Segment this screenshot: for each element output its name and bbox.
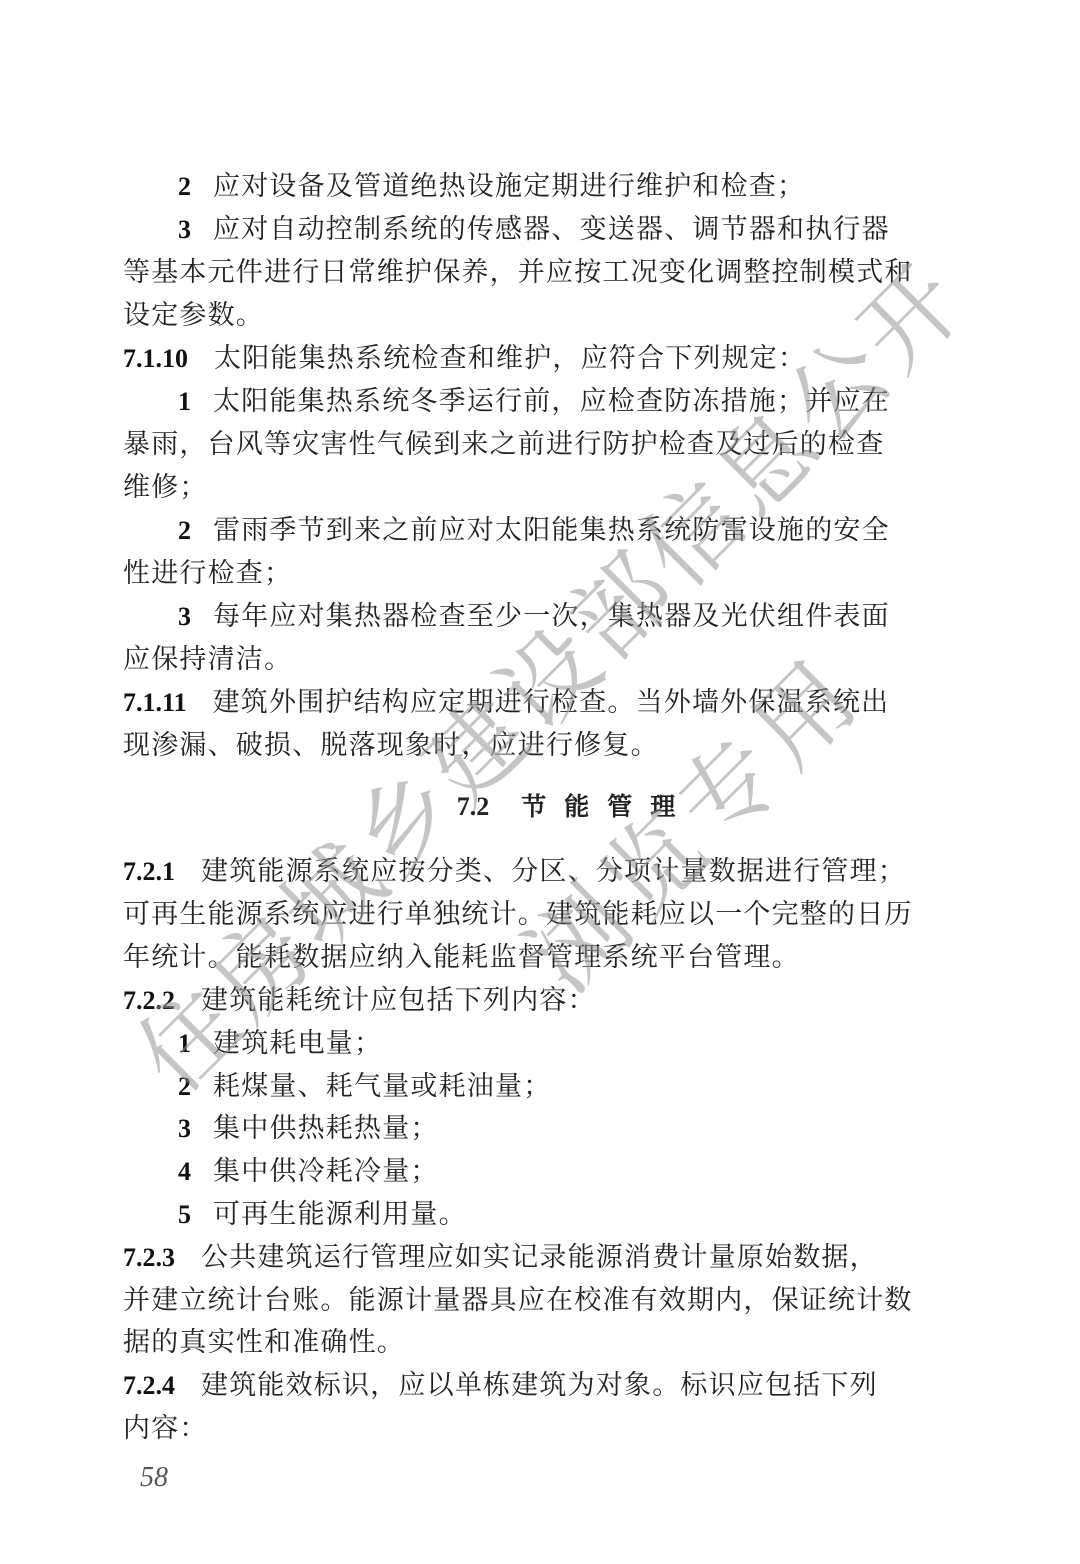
text-line: 可再生能源系统应进行单独统计。建筑能耗应以一个完整的日历 [123, 893, 923, 936]
item-text: 集中供热耗热量； [213, 1113, 439, 1144]
clause-number: 7.1.10 [123, 337, 188, 380]
item-number: 2 [178, 165, 191, 208]
clause-number: 7.1.11 [123, 681, 187, 724]
clause-number: 7.2.2 [123, 979, 175, 1022]
section-title: 节能管理 [521, 792, 693, 821]
clause: 7.2.3公共建筑运行管理应如实记录能源消费计量原始数据， [123, 1236, 923, 1279]
item-text: 应对自动控制系统的传感器、变送器、调节器和执行器 [213, 214, 890, 245]
text-line: 现渗漏、破损、脱落现象时，应进行修复。 [123, 724, 923, 767]
text-line: 据的真实性和准确性。 [123, 1321, 923, 1364]
clause-text: 公共建筑运行管理应如实记录能源消费计量原始数据， [201, 1242, 878, 1273]
item-text: 耗煤量、耗气量或耗油量； [213, 1071, 551, 1102]
item-text: 每年应对集热器检查至少一次，集热器及光伏组件表面 [213, 601, 890, 632]
clause-text: 建筑能源系统应按分类、分区、分项计量数据进行管理； [201, 856, 906, 887]
list-item: 2耗煤量、耗气量或耗油量； [178, 1065, 923, 1108]
clause-number: 7.2.1 [123, 850, 175, 893]
list-item: 2应对设备及管道绝热设施定期进行维护和检查； [178, 165, 923, 208]
document-page: 2应对设备及管道绝热设施定期进行维护和检查； 3应对自动控制系统的传感器、变送器… [0, 0, 1080, 1564]
clause: 7.2.4建筑能效标识，应以单栋建筑为对象。标识应包括下列 [123, 1364, 923, 1407]
clause-text: 建筑能效标识，应以单栋建筑为对象。标识应包括下列 [201, 1370, 878, 1401]
list-item: 2雷雨季节到来之前应对太阳能集热系统防雷设施的安全 [178, 509, 923, 552]
clause-text: 太阳能集热系统检查和维护，应符合下列规定： [214, 343, 806, 374]
text-line: 设定参数。 [123, 294, 923, 337]
item-number: 1 [178, 1022, 191, 1065]
list-item: 3每年应对集热器检查至少一次，集热器及光伏组件表面 [178, 595, 923, 638]
text-line: 应保持清洁。 [123, 638, 923, 681]
list-item: 4集中供冷耗冷量； [178, 1150, 923, 1193]
item-text: 建筑耗电量； [213, 1028, 382, 1059]
item-text: 应对设备及管道绝热设施定期进行维护和检查； [213, 171, 805, 202]
item-number: 3 [178, 1107, 191, 1150]
text-line: 年统计。能耗数据应纳入能耗监督管理系统平台管理。 [123, 936, 923, 979]
item-number: 1 [178, 380, 191, 423]
item-number: 2 [178, 509, 191, 552]
clause: 7.2.1建筑能源系统应按分类、分区、分项计量数据进行管理； [123, 850, 923, 893]
text-line: 性进行检查； [123, 552, 923, 595]
section-heading: 7.2节能管理 [0, 785, 1080, 828]
item-number: 5 [178, 1193, 191, 1236]
list-item: 5可再生能源利用量。 [178, 1193, 923, 1236]
clause-text: 建筑能耗统计应包括下列内容： [201, 985, 596, 1016]
item-text: 集中供冷耗冷量； [213, 1156, 439, 1187]
list-item: 3集中供热耗热量； [178, 1107, 923, 1150]
clause: 7.2.2建筑能耗统计应包括下列内容： [123, 979, 923, 1022]
item-number: 4 [178, 1150, 191, 1193]
section-number: 7.2 [387, 792, 490, 821]
text-line: 等基本元件进行日常维护保养，并应按工况变化调整控制模式和 [123, 251, 923, 294]
item-number: 2 [178, 1065, 191, 1108]
text-line: 暴雨，台风等灾害性气候到来之前进行防护检查及过后的检查 [123, 423, 923, 466]
page-number: 58 [140, 1462, 168, 1494]
clause-number: 7.2.3 [123, 1236, 175, 1279]
list-item: 1太阳能集热系统冬季运行前，应检查防冻措施；并应在 [178, 380, 923, 423]
list-item: 1建筑耗电量； [178, 1022, 923, 1065]
list-item: 3应对自动控制系统的传感器、变送器、调节器和执行器 [178, 208, 923, 251]
text-line: 维修； [123, 466, 923, 509]
text-line: 内容： [123, 1407, 923, 1450]
text-line: 并建立统计台账。能源计量器具应在校准有效期内，保证统计数 [123, 1279, 923, 1322]
clause: 7.1.11建筑外围护结构应定期进行检查。当外墙外保温系统出 [123, 681, 923, 724]
item-text: 雷雨季节到来之前应对太阳能集热系统防雷设施的安全 [213, 515, 890, 546]
item-text: 可再生能源利用量。 [213, 1199, 467, 1230]
clause: 7.1.10太阳能集热系统检查和维护，应符合下列规定： [123, 337, 923, 380]
clause-text: 建筑外围护结构应定期进行检查。当外墙外保温系统出 [213, 687, 890, 718]
item-number: 3 [178, 595, 191, 638]
clause-number: 7.2.4 [123, 1364, 175, 1407]
item-text: 太阳能集热系统冬季运行前，应检查防冻措施；并应在 [213, 386, 890, 417]
item-number: 3 [178, 208, 191, 251]
